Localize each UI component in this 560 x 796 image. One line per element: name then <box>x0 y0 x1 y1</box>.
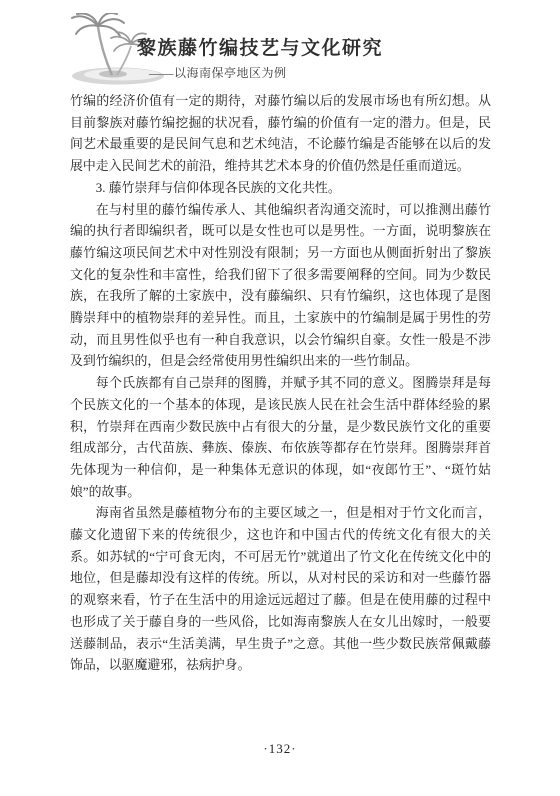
book-title: 黎族藤竹编技艺与文化研究 <box>137 33 383 60</box>
paragraph: 在与村里的藤竹编传承人、其他编织者沟通交流时，可以推测出藤竹编的执行者即编织者，… <box>70 200 491 374</box>
header-title-block: 黎族藤竹编技艺与文化研究 ——以海南保亭地区为例 <box>137 33 383 81</box>
paragraph-continued: 竹编的经济价值有一定的期待，对藤竹编以后的发展市场也有所幻想。从目前黎族对藤竹编… <box>70 91 491 178</box>
section-heading: 3. 藤竹崇拜与信仰体现各民族的文化共性。 <box>70 178 491 200</box>
book-subtitle: ——以海南保亭地区为例 <box>137 64 383 81</box>
paragraph: 每个氏族都有自己崇拜的图腾，并赋予其不同的意义。图腾崇拜是每个民族文化的一个基本… <box>70 373 491 503</box>
page-body: 竹编的经济价值有一定的期待，对藤竹编以后的发展市场也有所幻想。从目前黎族对藤竹编… <box>70 91 491 677</box>
page-number: ·132· <box>0 741 560 757</box>
book-page: 黎族藤竹编技艺与文化研究 ——以海南保亭地区为例 竹编的经济价值有一定的期待，对… <box>0 0 560 796</box>
paragraph: 海南省虽然是藤植物分布的主要区域之一，但是相对于竹文化而言，藤文化遗留下来的传统… <box>70 503 491 677</box>
